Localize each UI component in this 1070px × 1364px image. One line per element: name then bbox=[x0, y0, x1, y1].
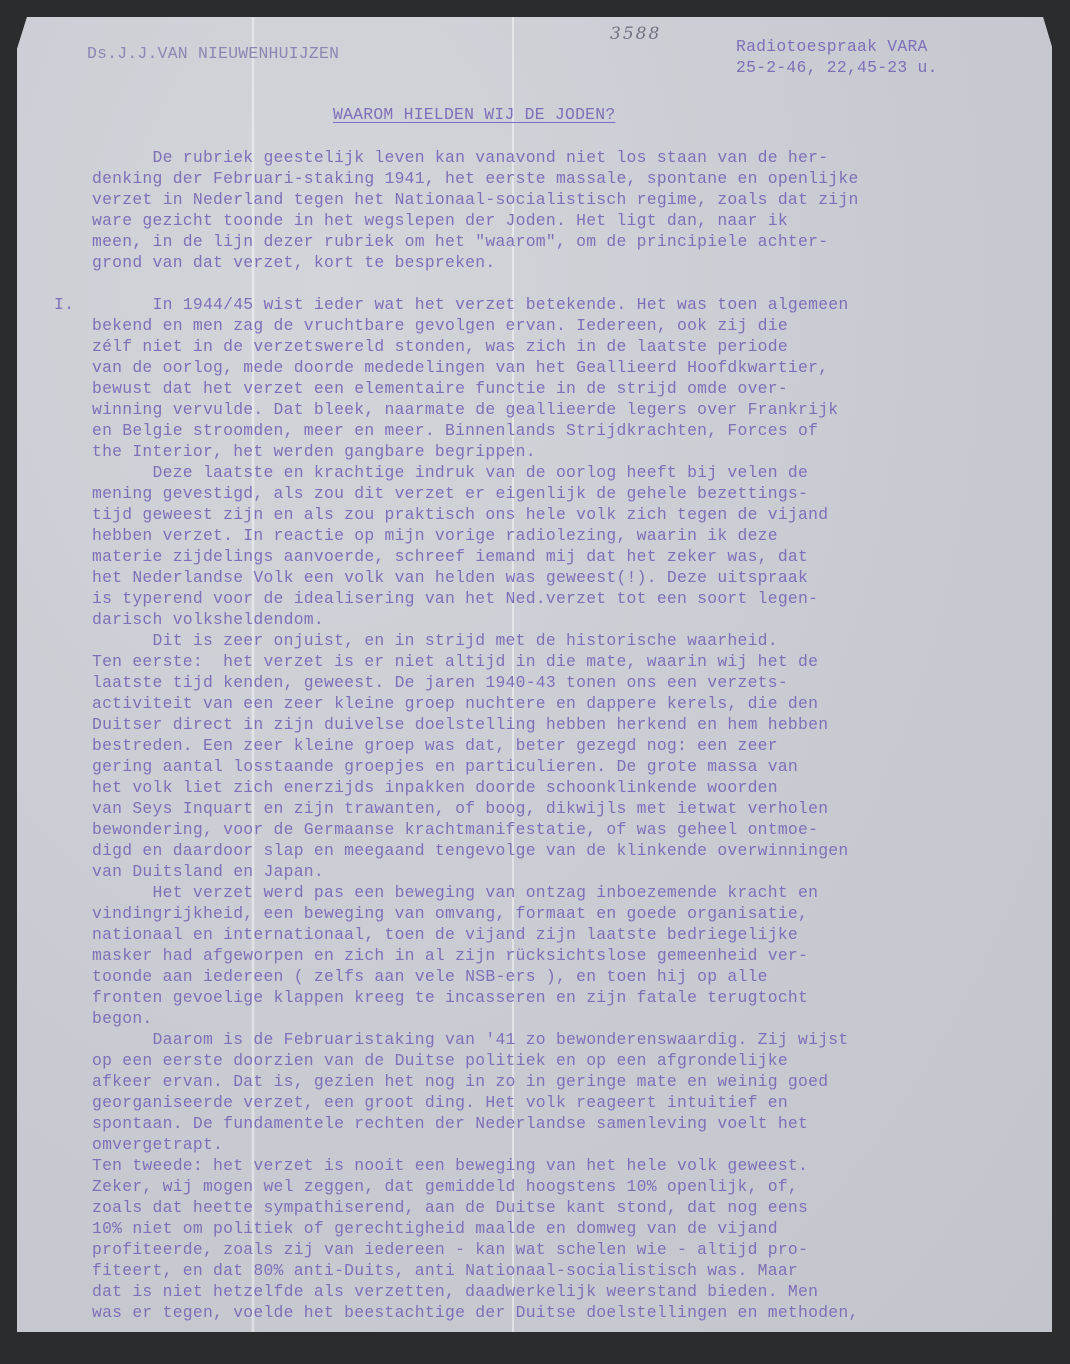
body-line: op een eerste doorzien van de Duitse pol… bbox=[92, 1051, 788, 1070]
body-line: omvergetrapt. bbox=[92, 1135, 223, 1154]
body-line: zélf niet in de verzetswereld stonden, w… bbox=[92, 337, 788, 356]
body-line: zoals dat heette sympathiserend, aan de … bbox=[92, 1198, 808, 1217]
body-line: van Seys Inquart en zijn trawanten, of b… bbox=[92, 799, 828, 818]
body-line: 10% niet om politiek of gerechtigheid ma… bbox=[92, 1219, 778, 1238]
body-line: bewondering, voor de Germaanse krachtman… bbox=[92, 820, 818, 839]
body-line: masker had afgeworpen en zich in al zijn… bbox=[92, 946, 808, 965]
body-line: Dit is zeer onjuist, en in strijd met de… bbox=[92, 631, 778, 650]
body-line: Daarom is de Februaristaking van '41 zo … bbox=[92, 1030, 848, 1049]
body-line: winning vervulde. Dat bleek, naarmate de… bbox=[92, 400, 838, 419]
body-line: Deze laatste en krachtige indruk van de … bbox=[92, 463, 808, 482]
body-line: hebben verzet. In reactie op mijn vorige… bbox=[92, 526, 778, 545]
body-line: digd en daardoor slap en meegaand tengev… bbox=[92, 841, 848, 860]
body-line: is typerend voor de idealisering van het… bbox=[92, 589, 818, 608]
body-line: laatste tijd kenden, geweest. De jaren 1… bbox=[92, 673, 788, 692]
body-line: fronten gevoelige klappen kreeg te incas… bbox=[92, 988, 808, 1007]
broadcast-label: Radiotoespraak VARA bbox=[736, 37, 928, 56]
body-line: het volk liet zich enerzijds inpakken do… bbox=[92, 778, 778, 797]
body-line: was er tegen, voelde het beestachtige de… bbox=[92, 1303, 859, 1322]
body-line: gering aantal losstaande groepjes en par… bbox=[92, 757, 798, 776]
body-line: van de oorlog, mede doorde mededelingen … bbox=[92, 358, 828, 377]
body-line: Ten eerste: het verzet is er niet altijd… bbox=[92, 652, 818, 671]
body-line: en Belgie stroomden, meer en meer. Binne… bbox=[92, 421, 818, 440]
body-line: nationaal en internationaal, toen de vij… bbox=[92, 925, 798, 944]
body-line: Ten tweede: het verzet is nooit een bewe… bbox=[92, 1156, 808, 1175]
body-line: fiteert, en dat 80% anti-Duits, anti Nat… bbox=[92, 1261, 798, 1280]
body-line: verzet in Nederland tegen het Nationaal-… bbox=[92, 190, 859, 209]
body-line: bestreden. Een zeer kleine groep was dat… bbox=[92, 736, 778, 755]
body-line: Duitser direct in zijn duivelse doelstel… bbox=[92, 715, 828, 734]
body-line: begon. bbox=[92, 1009, 153, 1028]
body-line: Zeker, wij mogen wel zeggen, dat gemidde… bbox=[92, 1177, 798, 1196]
typewritten-page: Ds.J.J.VAN NIEUWENHUIJZEN 3588 Radiotoes… bbox=[17, 17, 1052, 1332]
body-line: van Duitsland en Japan. bbox=[92, 862, 324, 881]
body-line: In 1944/45 wist ieder wat het verzet bet… bbox=[92, 295, 848, 314]
body-line: spontaan. De fundamentele rechten der Ne… bbox=[92, 1114, 808, 1133]
section-marker: I. bbox=[54, 295, 74, 314]
body-line: De rubriek geestelijk leven kan vanavond… bbox=[92, 148, 828, 167]
body-line: Het verzet werd pas een beweging van ont… bbox=[92, 883, 818, 902]
body-line: het Nederlandse Volk een volk van helden… bbox=[92, 568, 808, 587]
body-line: profiteerde, zoals zij van iedereen - ka… bbox=[92, 1240, 808, 1259]
body-line: ware gezicht toonde in het wegslepen der… bbox=[92, 211, 788, 230]
document-title: WAAROM HIELDEN WIJ DE JODEN? bbox=[333, 105, 615, 124]
body-line: grond van dat verzet, kort te bespreken. bbox=[92, 253, 495, 272]
body-line: toonde aan iedereen ( zelfs aan vele NSB… bbox=[92, 967, 768, 986]
body-line: denking der Februari-staking 1941, het e… bbox=[92, 169, 859, 188]
body-line: georganiseerde verzet, een groot ding. H… bbox=[92, 1093, 788, 1112]
body-line: materie zijdelings aanvoerde, schreef ie… bbox=[92, 547, 808, 566]
body-line: dat is niet hetzelfde als verzetten, daa… bbox=[92, 1282, 818, 1301]
author-line: Ds.J.J.VAN NIEUWENHUIJZEN bbox=[87, 44, 339, 63]
body-line: mening gevestigd, als zou dit verzet er … bbox=[92, 484, 808, 503]
body-line: afkeer ervan. Dat is, gezien het nog in … bbox=[92, 1072, 828, 1091]
broadcast-datetime: 25-2-46, 22,45-23 u. bbox=[736, 58, 938, 77]
body-line: the Interior, het werden gangbare begrip… bbox=[92, 442, 536, 461]
archive-number: 3588 bbox=[610, 24, 661, 44]
body-line: darisch volksheldendom. bbox=[92, 610, 324, 629]
body-line: meen, in de lijn dezer rubriek om het "w… bbox=[92, 232, 828, 251]
body-line: vindingrijkheid, een beweging van omvang… bbox=[92, 904, 808, 923]
body-line: bewust dat het verzet een elementaire fu… bbox=[92, 379, 788, 398]
body-line: bekend en men zag de vruchtbare gevolgen… bbox=[92, 316, 788, 335]
body-line: tijd geweest zijn en als zou praktisch o… bbox=[92, 505, 828, 524]
body-line: activiteit van een zeer kleine groep nuc… bbox=[92, 694, 818, 713]
